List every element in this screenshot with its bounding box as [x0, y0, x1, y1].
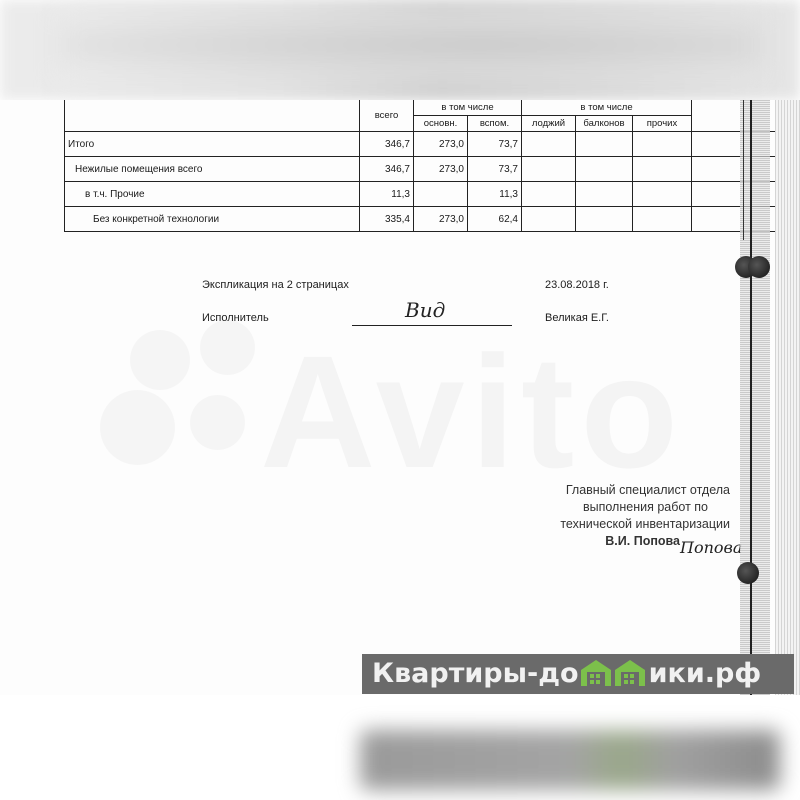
row-main: 273,0	[414, 207, 468, 232]
row-name: Без конкретной технологии	[65, 207, 360, 232]
row-total: 11,3	[360, 182, 414, 207]
executor-name: Великая Е.Г.	[545, 312, 609, 324]
row-other	[633, 132, 692, 157]
row-balconies	[576, 182, 633, 207]
row-other	[633, 182, 692, 207]
row-balconies	[576, 157, 633, 182]
row-loggias	[522, 207, 576, 232]
executor-signature: Вид	[405, 298, 445, 322]
row-other	[633, 157, 692, 182]
row-loggias	[522, 182, 576, 207]
punch-hole	[748, 256, 770, 278]
blurred-background-bottom	[360, 730, 780, 790]
binding-texture	[775, 100, 800, 695]
houses-icon	[579, 658, 649, 686]
row-name: в т.ч. Прочие	[65, 182, 360, 207]
row-balconies	[576, 132, 633, 157]
row-aux: 73,7	[468, 132, 522, 157]
header-other: прочих	[633, 116, 692, 132]
header-balconies: балконов	[576, 116, 633, 132]
document-date: 23.08.2018 г.	[545, 279, 609, 291]
avito-watermark: Avito	[260, 320, 684, 504]
watermark-dot	[100, 390, 175, 465]
explication-table: всего в том числе в том числе основн. вс…	[64, 100, 789, 232]
row-main: 273,0	[414, 157, 468, 182]
binding-edge	[740, 100, 770, 695]
watermark-dot	[190, 395, 245, 450]
table-row: Нежилые помещения всего 346,7 273,0 73,7	[65, 157, 789, 182]
row-balconies	[576, 207, 633, 232]
header-aux: вспом.	[468, 116, 522, 132]
brand-prefix: Квартиры-до	[372, 658, 579, 689]
signature-line	[352, 325, 512, 326]
row-name: Нежилые помещения всего	[65, 157, 360, 182]
row-loggias	[522, 132, 576, 157]
stamp-line-3: технической инвентаризации	[480, 516, 730, 533]
header-main: основн.	[414, 116, 468, 132]
pages-note: Экспликация на 2 страницах	[202, 279, 349, 291]
row-other	[633, 207, 692, 232]
punch-hole	[737, 562, 759, 584]
table-header-row: всего в том числе в том числе	[65, 100, 789, 116]
table-row: Итого 346,7 273,0 73,7	[65, 132, 789, 157]
stamp-signature: Попова	[680, 538, 742, 557]
stamp-name: В.И. Попова	[605, 534, 680, 548]
binding-line	[743, 100, 744, 240]
table-row: Без конкретной технологии 335,4 273,0 62…	[65, 207, 789, 232]
row-main	[414, 182, 468, 207]
row-total: 346,7	[360, 132, 414, 157]
header-group2-title: в том числе	[522, 100, 692, 116]
brand-suffix: ики.рф	[649, 658, 762, 689]
header-total: всего	[360, 100, 414, 132]
row-name: Итого	[65, 132, 360, 157]
watermark-dot	[200, 320, 255, 375]
blurred-background-top-inner	[60, 10, 760, 80]
table-row: в т.ч. Прочие 11,3 11,3	[65, 182, 789, 207]
stamp-line-1: Главный специалист отдела	[480, 482, 730, 499]
binding-line	[750, 100, 752, 695]
stamp-line-2: выполнения работ по	[480, 499, 730, 516]
row-aux: 73,7	[468, 157, 522, 182]
header-loggias: лоджий	[522, 116, 576, 132]
watermark-dot	[130, 330, 190, 390]
brand-watermark: Квартиры-до ики.рф	[362, 654, 794, 694]
header-group1-title: в том числе	[414, 100, 522, 116]
row-total: 346,7	[360, 157, 414, 182]
row-main: 273,0	[414, 132, 468, 157]
row-aux: 62,4	[468, 207, 522, 232]
row-aux: 11,3	[468, 182, 522, 207]
executor-label: Исполнитель	[202, 312, 269, 324]
header-name-cell	[65, 100, 360, 132]
row-total: 335,4	[360, 207, 414, 232]
row-loggias	[522, 157, 576, 182]
